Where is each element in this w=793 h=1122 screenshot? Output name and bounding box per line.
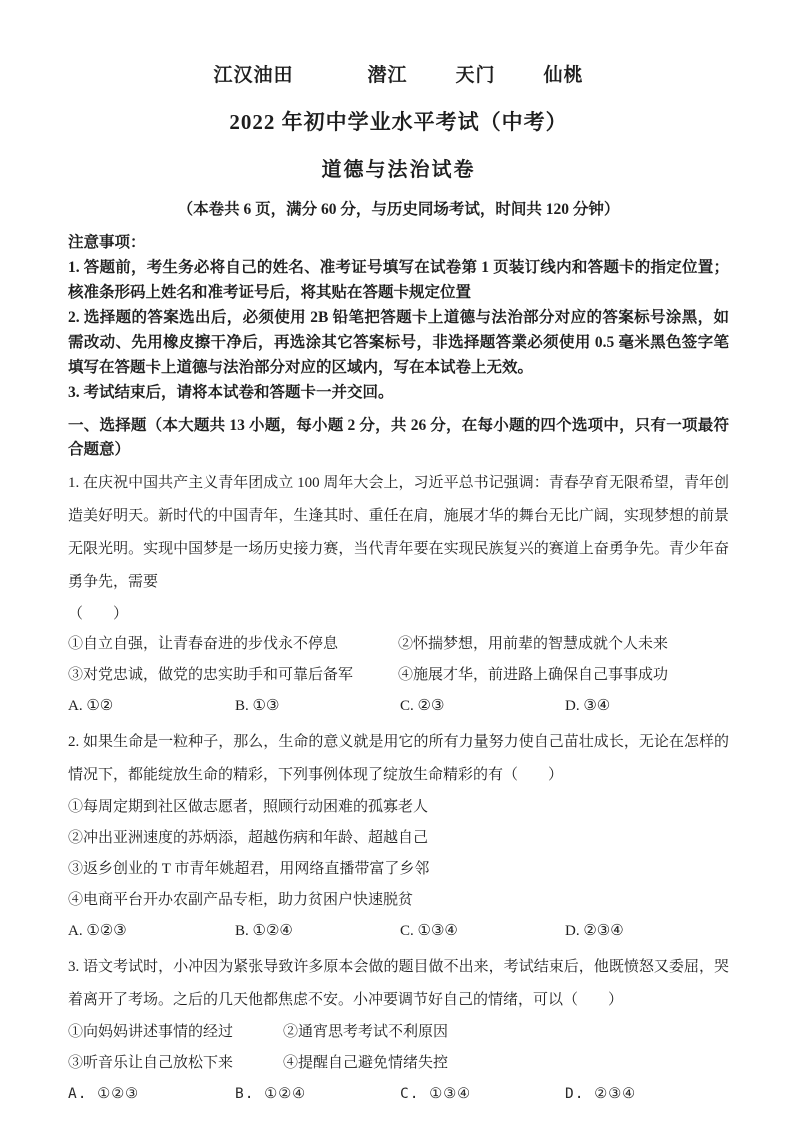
question-1-answer-blank: （ ） (68, 599, 729, 629)
question-2-option-1: ①每周定期到社区做志愿者，照顾行动困难的孤寡老人 (68, 792, 729, 823)
question-2-choice-d: D. ②③④ (565, 916, 729, 946)
notice-item-3: 3. 考试结束后，请将本试卷和答题卡一并交回。 (68, 380, 729, 405)
question-1: 1. 在庆祝中国共产主义青年团成立 100 周年大会上，习近平总书记强调：青春孕… (68, 467, 729, 721)
exam-info-line: （本卷共 6 页，满分 60 分，与历史同场考试，时间共 120 分钟） (68, 197, 729, 219)
question-2-choices: A. ①②③ B. ①②④ C. ①③④ D. ②③④ (68, 916, 729, 946)
notice-heading: 注意事项： (68, 230, 729, 255)
question-1-stem: 1. 在庆祝中国共产主义青年团成立 100 周年大会上，习近平总书记强调：青春孕… (68, 467, 729, 599)
notice-item-1: 1. 答题前，考生务必将自己的姓名、准考证号填写在试卷第 1 页装订线内和答题卡… (68, 255, 729, 305)
notice-item-2: 2. 选择题的答案选出后，必须使用 2B 铅笔把答题卡上道德与法治部分对应的答案… (68, 305, 729, 380)
section-one-heading: 一、选择题（本大题共 13 小题，每小题 2 分，共 26 分，在每小题的四个选… (68, 414, 729, 462)
question-2-option-3: ③返乡创业的 T 市青年姚超君，用网络直播带富了乡邻 (68, 854, 729, 885)
question-3-option-4: ④提醒自己避免情绪失控 (283, 1048, 729, 1079)
question-1-option-3: ③对党忠诚，做党的忠实助手和可靠后备军 (68, 660, 398, 691)
question-1-option-1: ①自立自强，让青春奋进的步伐永不停息 (68, 629, 398, 660)
question-1-option-4: ④施展才华，前进路上确保自己事事成功 (398, 660, 729, 691)
question-3-choice-c: C. ①③④ (400, 1079, 565, 1109)
question-2-options: ①每周定期到社区做志愿者，照顾行动困难的孤寡老人 ②冲出亚洲速度的苏炳添，超越伤… (68, 792, 729, 916)
question-3-choice-b: B. ①②④ (235, 1079, 400, 1109)
question-3-choice-d: D. ②③④ (565, 1079, 729, 1109)
question-3-choices: A. ①②③ B. ①②④ C. ①③④ D. ②③④ (68, 1079, 729, 1109)
question-3-option-3: ③听音乐让自己放松下来 (68, 1048, 283, 1079)
question-3: 3. 语文考试时，小冲因为紧张导致许多原本会做的题目做不出来，考试结束后，他既愤… (68, 951, 729, 1109)
question-3-options: ①向妈妈讲述事情的经过 ②通宵思考考试不利原因 ③听音乐让自己放松下来 ④提醒自… (68, 1017, 729, 1079)
question-3-option-2: ②通宵思考考试不利原因 (283, 1017, 729, 1048)
question-1-choice-c: C. ②③ (400, 691, 565, 721)
exam-paper-page: 江汉油田 潜江 天门 仙桃 2022 年初中学业水平考试（中考） 道德与法治试卷… (0, 0, 793, 1122)
exam-subtitle: 道德与法治试卷 (68, 153, 729, 182)
question-3-stem: 3. 语文考试时，小冲因为紧张导致许多原本会做的题目做不出来，考试结束后，他既愤… (68, 951, 729, 1017)
question-1-choice-d: D. ③④ (565, 691, 729, 721)
region-names-row: 江汉油田 潜江 天门 仙桃 (68, 60, 729, 87)
question-2-option-4: ④电商平台开办农副产品专柜，助力贫困户快速脱贫 (68, 885, 729, 916)
question-1-choice-b: B. ①③ (235, 691, 400, 721)
question-2-option-2: ②冲出亚洲速度的苏炳添，超越伤病和年龄、超越自己 (68, 823, 729, 854)
question-2-choice-a: A. ①②③ (68, 916, 235, 946)
region-name-tianmen: 天门 (456, 60, 496, 87)
question-2-choice-c: C. ①③④ (400, 916, 565, 946)
question-2-stem: 2. 如果生命是一粒种子，那么，生命的意义就是用它的所有力量努力使自己苗壮成长，… (68, 726, 729, 792)
question-1-choices: A. ①② B. ①③ C. ②③ D. ③④ (68, 691, 729, 721)
question-2-choice-b: B. ①②④ (235, 916, 400, 946)
question-2: 2. 如果生命是一粒种子，那么，生命的意义就是用它的所有力量努力使自己苗壮成长，… (68, 726, 729, 946)
question-1-options: ①自立自强，让青春奋进的步伐永不停息 ②怀揣梦想，用前辈的智慧成就个人未来 ③对… (68, 629, 729, 691)
region-name-qianjiang: 潜江 (367, 60, 407, 87)
region-name-jianghan-oilfield: 江汉油田 (213, 60, 293, 87)
question-3-choice-a: A. ①②③ (68, 1079, 235, 1109)
question-1-choice-a: A. ①② (68, 691, 235, 721)
question-1-option-2: ②怀揣梦想，用前辈的智慧成就个人未来 (398, 629, 729, 660)
question-3-option-1: ①向妈妈讲述事情的经过 (68, 1017, 283, 1048)
exam-title: 2022 年初中学业水平考试（中考） (68, 106, 729, 136)
region-name-xiantao: 仙桃 (544, 60, 584, 87)
